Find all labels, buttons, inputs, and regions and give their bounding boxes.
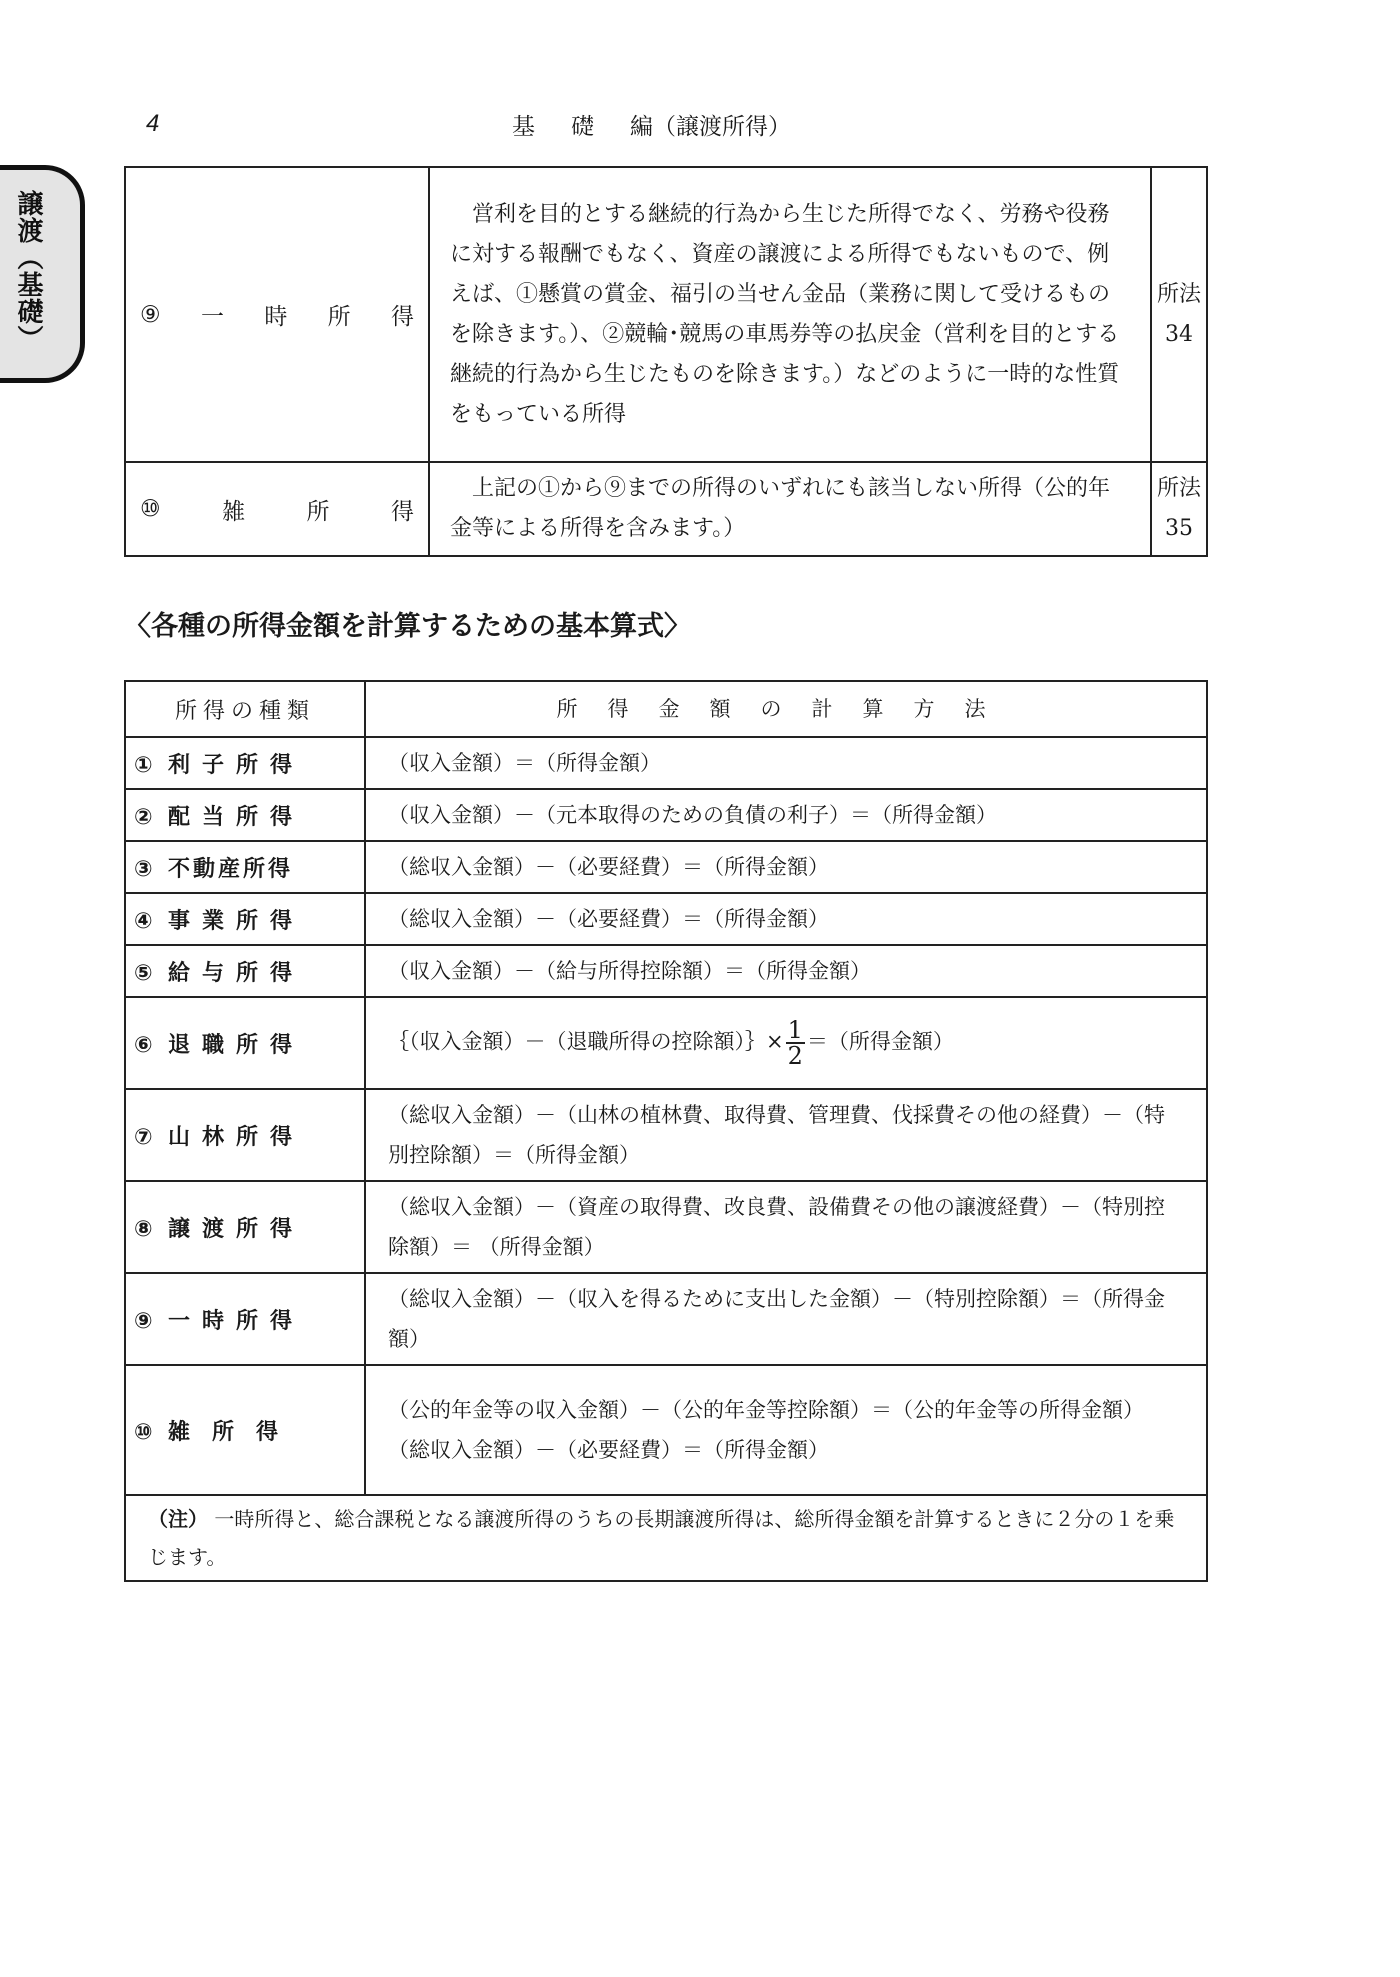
law-name: 所法 [1153, 275, 1205, 315]
table-row: ⑨ 一時所得 （総収入金額）－（収入を得るために支出した金額）－（特別控除額）＝… [125, 1273, 1207, 1365]
circled-number: ⑨ [140, 302, 161, 328]
income-type-cell: ③ 不動産所得 [125, 841, 365, 893]
running-title-suffix: （譲渡所得） [653, 114, 791, 140]
income-category-cell: ⑨ 一 時 所 得 [125, 167, 429, 462]
law-article: 34 [1153, 315, 1205, 355]
income-type: 事業所得 [168, 909, 304, 934]
table-row: ③ 不動産所得 （総収入金額）－（必要経費）＝（所得金額） [125, 841, 1207, 893]
chapter-side-tab-label: 譲渡（基礎） [10, 190, 47, 352]
income-type-cell: ⑥ 退職所得 [125, 997, 365, 1089]
income-description-cell: 営利を目的とする継続的行為から生じた所得でなく、労務や役務に対する報酬でもなく、… [429, 167, 1151, 462]
formula-suffix: ＝（所得金額） [807, 1030, 954, 1054]
law-name: 所法 [1153, 469, 1205, 509]
circled-number: ② [134, 805, 153, 830]
fraction-denominator: 2 [788, 1044, 803, 1068]
running-header: 基礎編（譲渡所得） [512, 108, 791, 141]
income-type-cell: ⑩ 雑 所 得 [125, 1365, 365, 1495]
income-type: 一時所得 [168, 1309, 304, 1334]
income-formula-table: 所得の種類 所得金額の計算方法 ① 利子所得 （収入金額）＝（所得金額） ② 配… [124, 680, 1208, 1582]
category-char: 得 [391, 298, 414, 331]
income-type-cell: ⑦ 山林所得 [125, 1089, 365, 1181]
page-number: 4 [146, 110, 159, 138]
formula-cell: ｛（収入金額）－（退職所得の控除額）｝×12＝（所得金額） [365, 997, 1207, 1089]
table-row: ⑨ 一 時 所 得 営利を目的とする継続的行為から生じた所得でなく、労務や役務に… [125, 167, 1207, 462]
table-row: ① 利子所得 （収入金額）＝（所得金額） [125, 737, 1207, 789]
table-row: ⑩ 雑 所 得 （公的年金等の収入金額）－（公的年金等控除額）＝（公的年金等の所… [125, 1365, 1207, 1495]
formula-cell: （収入金額）＝（所得金額） [365, 737, 1207, 789]
formula-line: （総収入金額）－（必要経費）＝（所得金額） [388, 1430, 1184, 1470]
income-type: 不動産所得 [168, 857, 293, 882]
income-type: 山林所得 [168, 1125, 304, 1150]
income-type: 退職所得 [168, 1033, 304, 1058]
category-char: 雑 [222, 493, 245, 526]
income-type-cell: ⑤ 給与所得 [125, 945, 365, 997]
income-type: 配当所得 [168, 805, 304, 830]
chapter-side-tab: 譲渡（基礎） [0, 165, 85, 383]
table-row: ⑧ 譲渡所得 （総収入金額）－（資産の取得費、改良費、設備費その他の譲渡経費）－… [125, 1181, 1207, 1273]
income-description: 営利を目的とする継続的行為から生じた所得でなく、労務や役務に対する報酬でもなく、… [450, 195, 1130, 435]
formula-cell: （総収入金額）－（収入を得るために支出した金額）－（特別控除額）＝（所得金額） [365, 1273, 1207, 1365]
table-header-row: 所得の種類 所得金額の計算方法 [125, 681, 1207, 737]
income-type-cell: ⑧ 譲渡所得 [125, 1181, 365, 1273]
income-type: 給与所得 [168, 961, 304, 986]
circled-number: ⑩ [134, 1420, 153, 1445]
note-label: （注） [148, 1507, 208, 1531]
header-calculation-method: 所得金額の計算方法 [365, 681, 1207, 737]
table-note-row: （注） 一時所得と、総合課税となる譲渡所得のうちの長期譲渡所得は、総所得金額を計… [125, 1495, 1207, 1581]
law-article: 35 [1153, 509, 1205, 549]
header-income-type: 所得の種類 [125, 681, 365, 737]
table-row: ⑦ 山林所得 （総収入金額）－（山林の植林費、取得費、管理費、伐採費その他の経費… [125, 1089, 1207, 1181]
running-title-part: 基 [512, 114, 535, 140]
fraction-one-half: 12 [786, 1018, 805, 1068]
table-row: ⑩ 雑 所 得 上記の①から⑨までの所得のいずれにも該当しない所得（公的年金等に… [125, 462, 1207, 556]
law-reference-cell: 所法 35 [1151, 462, 1207, 556]
income-type-cell: ② 配当所得 [125, 789, 365, 841]
income-category-cell: ⑩ 雑 所 得 [125, 462, 429, 556]
table-row: ⑥ 退職所得 ｛（収入金額）－（退職所得の控除額）｝×12＝（所得金額） [125, 997, 1207, 1089]
formula-cell: （収入金額）－（給与所得控除額）＝（所得金額） [365, 945, 1207, 997]
category-char: 時 [264, 298, 287, 331]
table-row: ④ 事業所得 （総収入金額）－（必要経費）＝（所得金額） [125, 893, 1207, 945]
income-type: 譲渡所得 [168, 1217, 304, 1242]
income-type-cell: ① 利子所得 [125, 737, 365, 789]
formula-prefix: ｛（収入金額）－（退職所得の控除額）｝× [388, 1030, 784, 1054]
circled-number: ④ [134, 909, 153, 934]
income-type: 雑 所 得 [168, 1420, 278, 1445]
category-char: 得 [391, 493, 414, 526]
category-char: 所 [328, 298, 351, 331]
formula-cell: （公的年金等の収入金額）－（公的年金等控除額）＝（公的年金等の所得金額） （総収… [365, 1365, 1207, 1495]
category-char: 所 [307, 493, 330, 526]
circled-number: ⑦ [134, 1125, 153, 1150]
formula-cell: （収入金額）－（元本取得のための負債の利子）＝（所得金額） [365, 789, 1207, 841]
running-title-part: 編 [630, 114, 653, 140]
table-row: ② 配当所得 （収入金額）－（元本取得のための負債の利子）＝（所得金額） [125, 789, 1207, 841]
income-description: 上記の①から⑨までの所得のいずれにも該当しない所得（公的年金等による所得を含みま… [450, 469, 1130, 549]
circled-number: ⑨ [134, 1309, 153, 1334]
income-type-cell: ⑨ 一時所得 [125, 1273, 365, 1365]
running-title-part: 礎 [571, 114, 594, 140]
circled-number: ⑧ [134, 1217, 153, 1242]
formula-line: （公的年金等の収入金額）－（公的年金等控除額）＝（公的年金等の所得金額） [388, 1390, 1184, 1430]
circled-number: ① [134, 753, 153, 778]
income-type: 利子所得 [168, 753, 304, 778]
income-definitions-table: ⑨ 一 時 所 得 営利を目的とする継続的行為から生じた所得でなく、労務や役務に… [124, 166, 1208, 557]
fraction-numerator: 1 [786, 1018, 805, 1044]
table-row: ⑤ 給与所得 （収入金額）－（給与所得控除額）＝（所得金額） [125, 945, 1207, 997]
formula-cell: （総収入金額）－（必要経費）＝（所得金額） [365, 893, 1207, 945]
section-heading: 〈各種の所得金額を計算するための基本算式〉 [124, 604, 691, 643]
note-text: 一時所得と、総合課税となる譲渡所得のうちの長期譲渡所得は、総所得金額を計算すると… [148, 1507, 1174, 1569]
table-note: （注） 一時所得と、総合課税となる譲渡所得のうちの長期譲渡所得は、総所得金額を計… [125, 1495, 1207, 1581]
circled-number: ③ [134, 857, 153, 882]
circled-number: ⑩ [140, 496, 161, 522]
formula-cell: （総収入金額）－（山林の植林費、取得費、管理費、伐採費その他の経費）－（特別控除… [365, 1089, 1207, 1181]
circled-number: ⑤ [134, 961, 153, 986]
income-type-cell: ④ 事業所得 [125, 893, 365, 945]
circled-number: ⑥ [134, 1033, 153, 1058]
income-description-cell: 上記の①から⑨までの所得のいずれにも該当しない所得（公的年金等による所得を含みま… [429, 462, 1151, 556]
formula-cell: （総収入金額）－（必要経費）＝（所得金額） [365, 841, 1207, 893]
law-reference-cell: 所法 34 [1151, 167, 1207, 462]
category-char: 一 [201, 298, 224, 331]
formula-cell: （総収入金額）－（資産の取得費、改良費、設備費その他の譲渡経費）－（特別控除額）… [365, 1181, 1207, 1273]
